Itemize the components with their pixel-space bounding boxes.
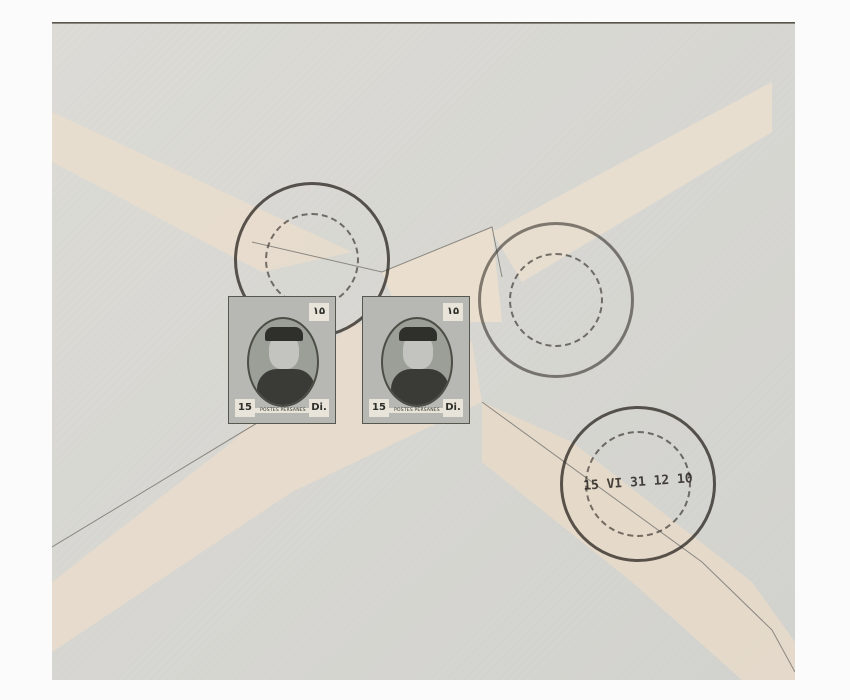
stamp-value-right: Di. [309,399,329,417]
stamp-left: 15 Di. ۱۵ POSTES PERSANES [222,290,342,430]
stamp-right: 15 Di. ۱۵ POSTES PERSANES [356,290,476,430]
stamp-legend: POSTES PERSANES [255,408,311,413]
stamp-value-farsi: ۱۵ [309,303,329,321]
stamp-value-right: Di. [443,399,463,417]
stamp-value-left: 15 [369,399,389,417]
stamp-value-left: 15 [235,399,255,417]
stamp-value-farsi: ۱۵ [443,303,463,321]
postmark-lower-right: 15 VI 31 12 10 [560,406,716,562]
stamp-legend: POSTES PERSANES [389,408,445,413]
postmark-middle-right [478,222,634,378]
